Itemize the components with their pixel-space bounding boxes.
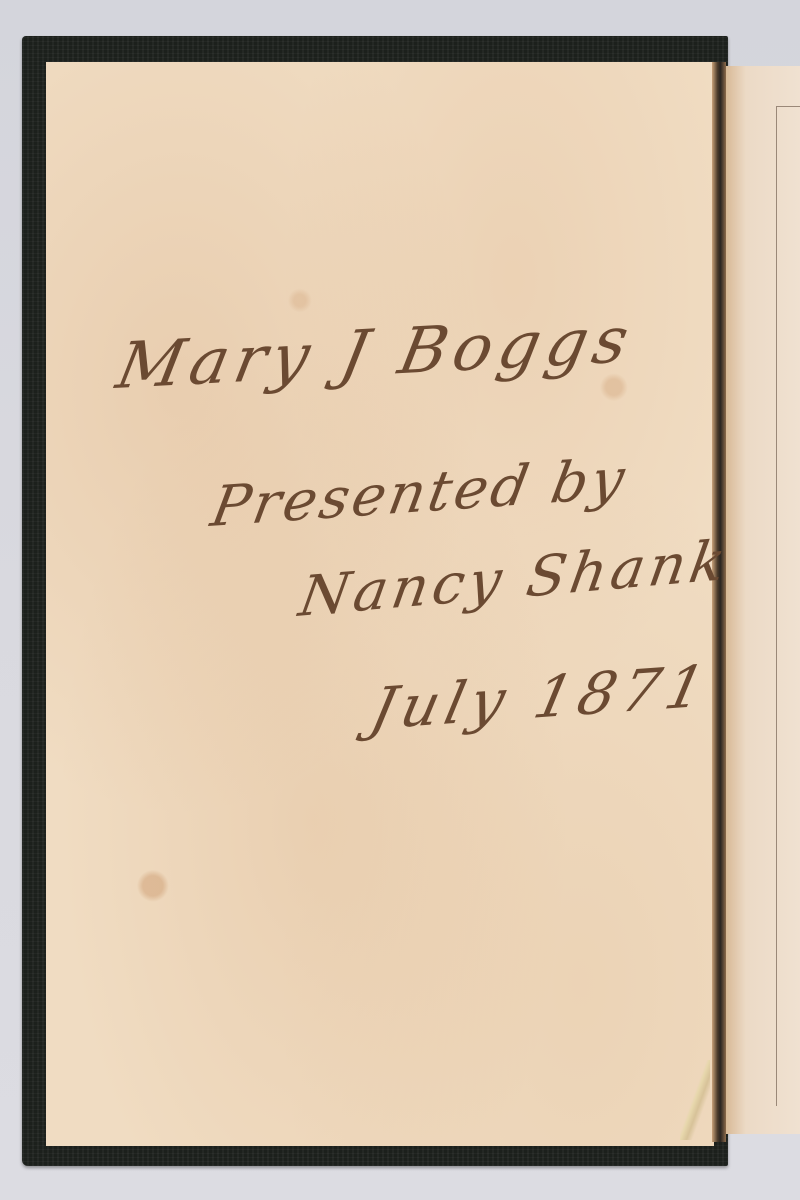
- page-border-rule: [776, 106, 777, 1106]
- page-border-rule-top: [776, 106, 800, 107]
- paper-crease: [680, 1060, 710, 1140]
- book-spine-gutter: [712, 62, 726, 1142]
- facing-page: [726, 66, 800, 1134]
